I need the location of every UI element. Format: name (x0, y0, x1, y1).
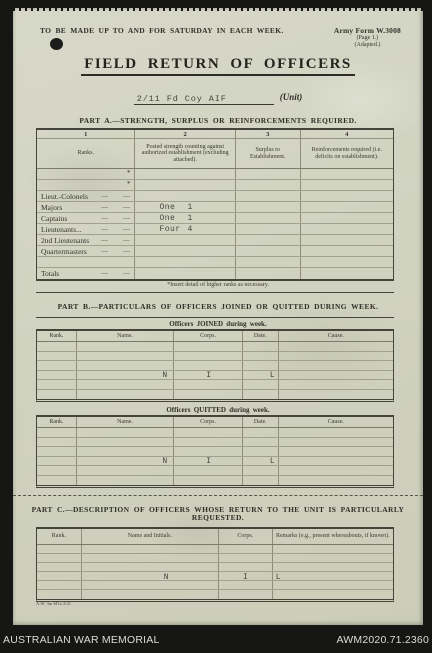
col-header-surplus: Surplus to Establishment. (236, 139, 301, 168)
part-a-heading: PART A.—STRENGTH, SURPLUS OR REINFORCEME… (13, 116, 423, 125)
table-row: Lieut.-Colonels—— (37, 191, 393, 202)
table-row-nil: N I L (37, 371, 393, 381)
table-row: 2nd Lieutenants—— (37, 235, 393, 246)
col-header-posted-strength: Posted strength counting against authori… (135, 139, 235, 168)
table-row: Majors—— One1 (37, 202, 393, 213)
cell-rank (37, 257, 135, 267)
cell-surplus (236, 169, 301, 179)
cell-reinforcements (301, 213, 393, 223)
cell-rank: 2nd Lieutenants—— (37, 235, 135, 245)
table-row (37, 554, 393, 563)
col-header-corps: Corps. (219, 529, 273, 544)
leader-dash: — (101, 236, 108, 244)
weekly-instruction-text: TO BE MADE UP TO AND FOR SATURDAY IN EAC… (40, 26, 284, 35)
cell-rank: * (37, 169, 135, 179)
cell-reinforcements (301, 268, 393, 279)
unit-value: 2/11 Fd Coy AIF (134, 94, 274, 105)
joined-subheading: Officers JOINED during week. (13, 320, 423, 328)
cell-posted-strength: One1 (135, 202, 235, 212)
part-a-footnote: *Insert detail of higher ranks as necess… (13, 282, 423, 288)
officers-joined-table: Rank. Name. Corps. Date. Cause. N I L (36, 329, 394, 402)
nil-letter: I (206, 457, 211, 465)
cell-surplus (236, 224, 301, 234)
leader-dash: — (101, 203, 108, 211)
leader-dash: — (123, 247, 130, 255)
table-row (37, 466, 393, 476)
column-header-row: Rank. Name and Initials. Corps. Remarks … (37, 529, 393, 545)
col-header-rank: Rank. (37, 417, 77, 427)
punch-hole (50, 38, 63, 50)
cell-posted-strength (135, 180, 235, 190)
leader-dash: — (123, 203, 130, 211)
table-row (37, 447, 393, 457)
form-page: TO BE MADE UP TO AND FOR SATURDAY IN EAC… (13, 8, 423, 625)
table-row: * (37, 169, 393, 180)
col-header-reinforcements: Reinforcements required (i.e. deficits o… (301, 139, 393, 168)
leader-dash: — (101, 247, 108, 255)
col-number: 1 (37, 130, 135, 138)
cell-surplus (236, 235, 301, 245)
form-adapted-note: (Adapted.) (334, 42, 401, 49)
table-row (37, 257, 393, 268)
cell-surplus (236, 257, 301, 267)
col-number: 2 (135, 130, 235, 138)
cell-reinforcements (301, 202, 393, 212)
cell-rank: Captains—— (37, 213, 135, 223)
title-wrap: FIELD RETURN OF OFFICERS (13, 55, 423, 76)
column-header-row: Ranks. Posted strength counting against … (37, 139, 393, 169)
leader-dash: — (123, 269, 130, 277)
leader-dash: — (101, 269, 108, 277)
table-row (37, 590, 393, 599)
cell-reinforcements (301, 191, 393, 201)
table-row (37, 380, 393, 390)
cell-surplus (236, 180, 301, 190)
column-header-row: Rank. Name. Corps. Date. Cause. (37, 331, 393, 342)
table-row (37, 342, 393, 352)
cell-reinforcements (301, 180, 393, 190)
part-b-heading: PART B.—PARTICULARS OF OFFICERS JOINED O… (13, 302, 423, 311)
scan-background: TO BE MADE UP TO AND FOR SATURDAY IN EAC… (0, 0, 432, 653)
form-number: Army Form W.3008 (334, 26, 401, 35)
cell-rank: Quartermasters—— (37, 246, 135, 256)
nil-letter: I (206, 371, 211, 379)
cell-surplus (236, 191, 301, 201)
table-row: * (37, 180, 393, 191)
cell-reinforcements (301, 169, 393, 179)
col-header-name: Name. (77, 417, 174, 427)
column-header-row: Rank. Name. Corps. Date. Cause. (37, 417, 393, 428)
section-divider (36, 292, 394, 293)
leader-dash: — (123, 225, 130, 233)
part-c-heading-line2: REQUESTED. (13, 514, 423, 522)
part-c-table: Rank. Name and Initials. Corps. Remarks … (36, 527, 394, 602)
cell-reinforcements (301, 257, 393, 267)
table-row-nil: N I L (37, 457, 393, 467)
nil-letter: N (162, 371, 167, 379)
form-reference: Army Form W.3008 (Page 1.) (Adapted.) (334, 26, 401, 48)
cell-surplus (236, 246, 301, 256)
table-row (37, 390, 393, 400)
leader-dash: — (123, 192, 130, 200)
nil-letter: L (270, 457, 275, 465)
col-header-rank: Rank. (37, 331, 77, 341)
leader-dash: — (101, 192, 108, 200)
nil-letter: L (276, 573, 281, 581)
table-row-nil: N I L (37, 572, 393, 581)
cell-posted-strength (135, 268, 235, 279)
leader-dash: — (101, 214, 108, 222)
cell-surplus (236, 202, 301, 212)
cell-surplus (236, 213, 301, 223)
perforated-edge (13, 8, 423, 11)
col-header-name: Name. (77, 331, 174, 341)
unit-row: 2/11 Fd Coy AIF (Unit) (13, 87, 423, 105)
table-row (37, 361, 393, 371)
footnote-asterisk: * (127, 180, 131, 188)
col-header-name-initials: Name and Initials. (82, 529, 219, 544)
page-title: FIELD RETURN OF OFFICERS (81, 56, 355, 76)
nil-letter: N (164, 573, 169, 581)
part-a-table: 1 2 3 4 Ranks. Posted strength counting … (36, 128, 394, 281)
cell-posted-strength (135, 246, 235, 256)
table-row (37, 438, 393, 448)
cell-posted-strength: One1 (135, 213, 235, 223)
col-number: 3 (236, 130, 301, 138)
footnote-asterisk: * (127, 169, 131, 177)
table-row-totals: Totals—— (37, 268, 393, 279)
cell-rank: * (37, 180, 135, 190)
nil-letter: N (162, 457, 167, 465)
table-row: Lieutenants...—— Four4 (37, 224, 393, 235)
cell-posted-strength (135, 191, 235, 201)
cell-rank: Lieut.-Colonels—— (37, 191, 135, 201)
cell-reinforcements (301, 235, 393, 245)
section-divider (36, 317, 394, 318)
cut-line (13, 495, 423, 496)
cell-posted-strength (135, 169, 235, 179)
leader-dash: — (101, 225, 108, 233)
part-c-heading: PART C.—DESCRIPTION OF OFFICERS WHOSE RE… (13, 506, 423, 522)
leader-dash: — (123, 214, 130, 222)
table-row: Captains—— One1 (37, 213, 393, 224)
nil-letter: L (270, 371, 275, 379)
table-row: Quartermasters—— (37, 246, 393, 257)
nil-letter: I (243, 573, 248, 581)
cell-rank: Lieutenants...—— (37, 224, 135, 234)
printer-imprint: A.W. 3m M1n 2/41 (36, 602, 71, 607)
table-row (37, 581, 393, 590)
col-header-date: Date. (243, 417, 279, 427)
leader-dash: — (123, 236, 130, 244)
col-header-cause: Cause. (279, 331, 393, 341)
cell-surplus (236, 268, 301, 279)
col-header-remarks: Remarks (e.g., present whereabouts, if k… (273, 529, 393, 544)
accession-number: AWM2020.71.2360 (336, 634, 429, 646)
cell-posted-strength (135, 257, 235, 267)
cell-reinforcements (301, 224, 393, 234)
col-header-corps: Corps. (174, 417, 243, 427)
archive-name: AUSTRALIAN WAR MEMORIAL (3, 634, 159, 646)
column-number-row: 1 2 3 4 (37, 130, 393, 139)
cell-rank: Majors—— (37, 202, 135, 212)
quitted-subheading: Officers QUITTED during week. (13, 406, 423, 414)
cell-rank: Totals—— (37, 268, 135, 279)
archive-caption-bar: AUSTRALIAN WAR MEMORIAL AWM2020.71.2360 (0, 634, 432, 646)
cell-posted-strength: Four4 (135, 224, 235, 234)
table-row (37, 352, 393, 362)
unit-label: (Unit) (280, 92, 303, 102)
col-header-rank: Rank. (37, 529, 82, 544)
table-row (37, 476, 393, 486)
table-row (37, 563, 393, 572)
officers-quitted-table: Rank. Name. Corps. Date. Cause. N I L (36, 415, 394, 488)
cell-reinforcements (301, 246, 393, 256)
col-header-cause: Cause. (279, 417, 393, 427)
col-header-date: Date. (243, 331, 279, 341)
cell-posted-strength (135, 235, 235, 245)
col-number: 4 (301, 130, 393, 138)
table-row (37, 545, 393, 554)
col-header-ranks: Ranks. (37, 139, 135, 168)
col-header-corps: Corps. (174, 331, 243, 341)
table-row (37, 428, 393, 438)
